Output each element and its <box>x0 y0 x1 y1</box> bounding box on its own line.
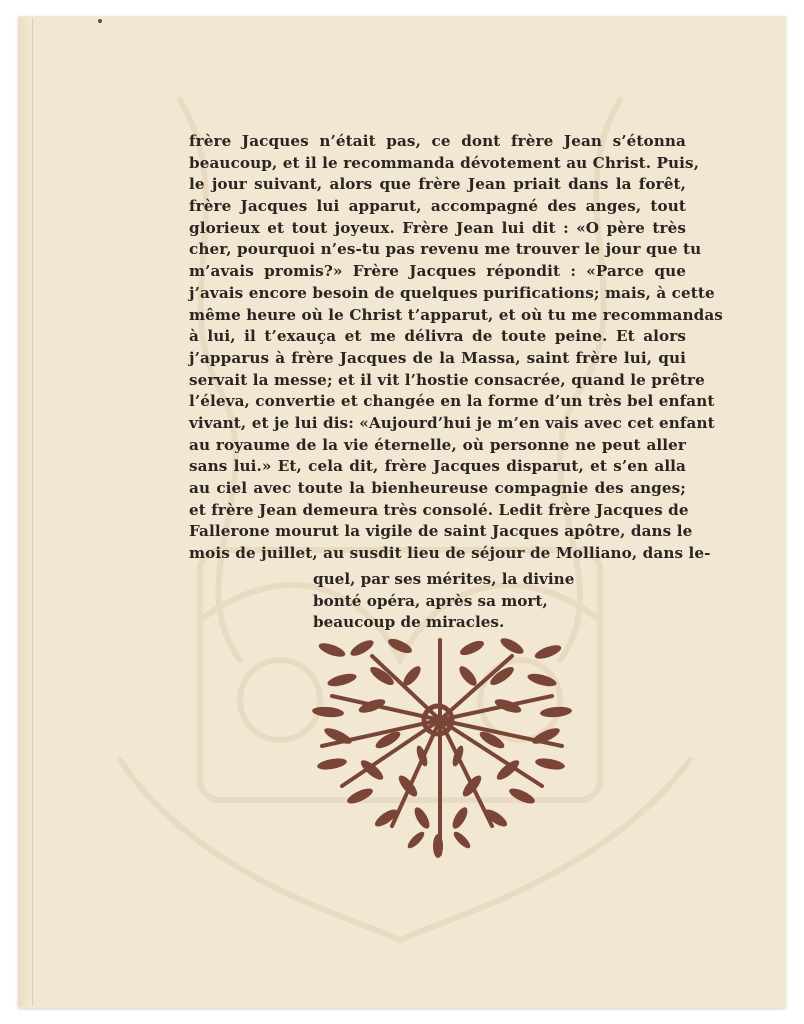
text-line: l’éleva, convertie et changée en la form… <box>189 391 686 413</box>
text-line: mois de juillet, au susdit lieu de séjou… <box>189 543 686 565</box>
text-line: à lui, il t’exauça et me délivra de tout… <box>189 326 686 348</box>
text-line: au ciel avec toute la bienheureuse compa… <box>189 478 686 500</box>
text-line: Fallerone mourut la vigile de saint Jacq… <box>189 521 686 543</box>
text-line: beaucoup, et il le recommanda dévotement… <box>189 153 686 175</box>
text-line: glorieux et tout joyeux. Frère Jean lui … <box>189 218 686 240</box>
text-line: vivant, et je lui dis: «Aujourd’hui je m… <box>189 413 686 435</box>
text-line: le jour suivant, alors que frère Jean pr… <box>189 174 686 196</box>
text-line: j’avais encore besoin de quelques purifi… <box>189 283 686 305</box>
body-text: frère Jacques n’était pas, ce dont frère… <box>189 131 686 565</box>
text-line: j’apparus à frère Jacques de la Massa, s… <box>189 348 686 370</box>
text-line: sans lui.» Et, cela dit, frère Jacques d… <box>189 456 686 478</box>
text-line: bonté opéra, après sa mort, <box>313 591 573 613</box>
closing-text: quel, par ses mérites, la divine bonté o… <box>313 569 573 634</box>
deckle-edge <box>18 18 33 1006</box>
text-line: cher, pourquoi n’es-tu pas revenu me tro… <box>189 239 686 261</box>
text-line: et frère Jean demeura très consolé. Ledi… <box>189 500 686 522</box>
text-line: frère Jacques lui apparut, accompagné de… <box>189 196 686 218</box>
leafy-tailpiece-ornament-icon <box>312 636 572 860</box>
text-line: beaucoup de miracles. <box>313 612 573 634</box>
text-line: servait la messe; et il vit l’hostie con… <box>189 370 686 392</box>
text-line: m’avais promis?» Frère Jacques répondit … <box>189 261 686 283</box>
paper-speck <box>98 19 102 23</box>
text-line: quel, par ses mérites, la divine <box>313 569 573 591</box>
text-line: frère Jacques n’était pas, ce dont frère… <box>189 131 686 153</box>
text-line: même heure où le Christ t’apparut, et où… <box>189 305 686 327</box>
text-line: au royaume de la vie éternelle, où perso… <box>189 435 686 457</box>
